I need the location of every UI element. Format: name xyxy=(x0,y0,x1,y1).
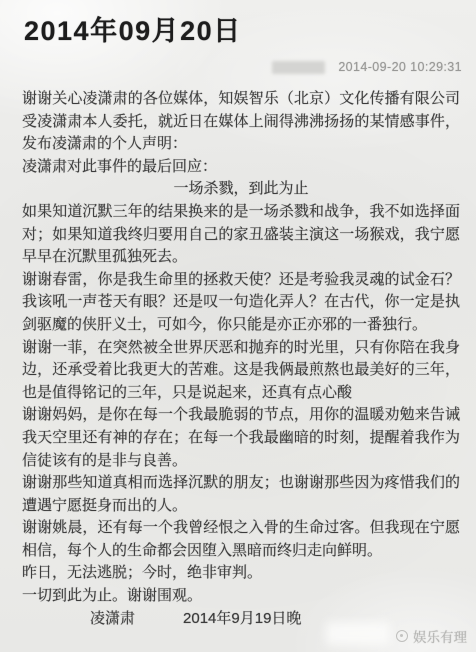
statement-paragraph: 谢谢妈妈，是你在每一个我最脆弱的节点，用你的温暖劝勉来告诫我天空里还有神的存在；… xyxy=(22,404,460,472)
post-timestamp: 2014-09-20 10:29:31 xyxy=(338,60,462,74)
statement-paragraph: 谢谢春雷，你是我生命里的拯救天使？还是考验我灵魂的试金石？我该吼一声苍天有眼？还… xyxy=(22,269,460,337)
statement-photo-page: 2014年09月20日 2014-09-20 10:29:31 谢谢关心凌潇肃的… xyxy=(0,0,476,652)
statement-paragraph: 如果知道沉默三年的结果换来的是一场杀戮和战争，我不如选择面对；如果知道我终归要用… xyxy=(22,201,460,269)
statement-headline: 一场杀戮，到此为止 xyxy=(22,178,460,201)
statement-paragraph: 谢谢那些知道真相而选择沉默的朋友；也谢谢那些因为疼惜我们的遭遇宁愿挺身而出的人。 xyxy=(22,472,460,517)
signature-date: 2014年9月19日晚 xyxy=(183,608,301,631)
statement-response-label: 凌潇肃对此事件的最后回应： xyxy=(22,156,460,179)
signature-row: 凌潇肃 2014年9月19日晚 xyxy=(22,608,460,631)
statement-paragraph: 谢谢姚晨，还有每一个我曾经恨之入骨的生命过客。但我现在宁愿相信，每个人的生命都会… xyxy=(22,517,460,562)
post-date-title: 2014年09月20日 xyxy=(24,9,242,48)
statement-paragraph: 昨日，无法逃脱；今时，绝非审判。 xyxy=(22,562,460,585)
post-meta-row: 2014-09-20 10:29:31 xyxy=(272,60,462,74)
redacted-watermark-blur xyxy=(326,622,390,645)
watermark-label: 娱乐有理 xyxy=(413,626,467,646)
signature-name: 凌潇肃 xyxy=(90,608,135,631)
statement-intro: 谢谢关心凌潇肃的各位媒体，知娱智乐（北京）文化传播有限公司受凌潇肃本人委托，就近… xyxy=(22,88,460,156)
statement-paragraph: 谢谢一菲，在突然被全世界厌恶和抛弃的时光里，只有你陪在我身边，还承受着比我更大的… xyxy=(22,337,460,405)
photo-layer: 2014年09月20日 2014-09-20 10:29:31 谢谢关心凌潇肃的… xyxy=(0,0,476,652)
watermark: 娱乐有理 xyxy=(396,626,467,646)
circle-logo-icon xyxy=(396,630,408,642)
statement-paragraph: 一切到此为止。谢谢围观。 xyxy=(22,585,460,608)
statement-body: 谢谢关心凌潇肃的各位媒体，知娱智乐（北京）文化传播有限公司受凌潇肃本人委托，就近… xyxy=(22,88,460,630)
redacted-source-blur xyxy=(272,61,325,74)
